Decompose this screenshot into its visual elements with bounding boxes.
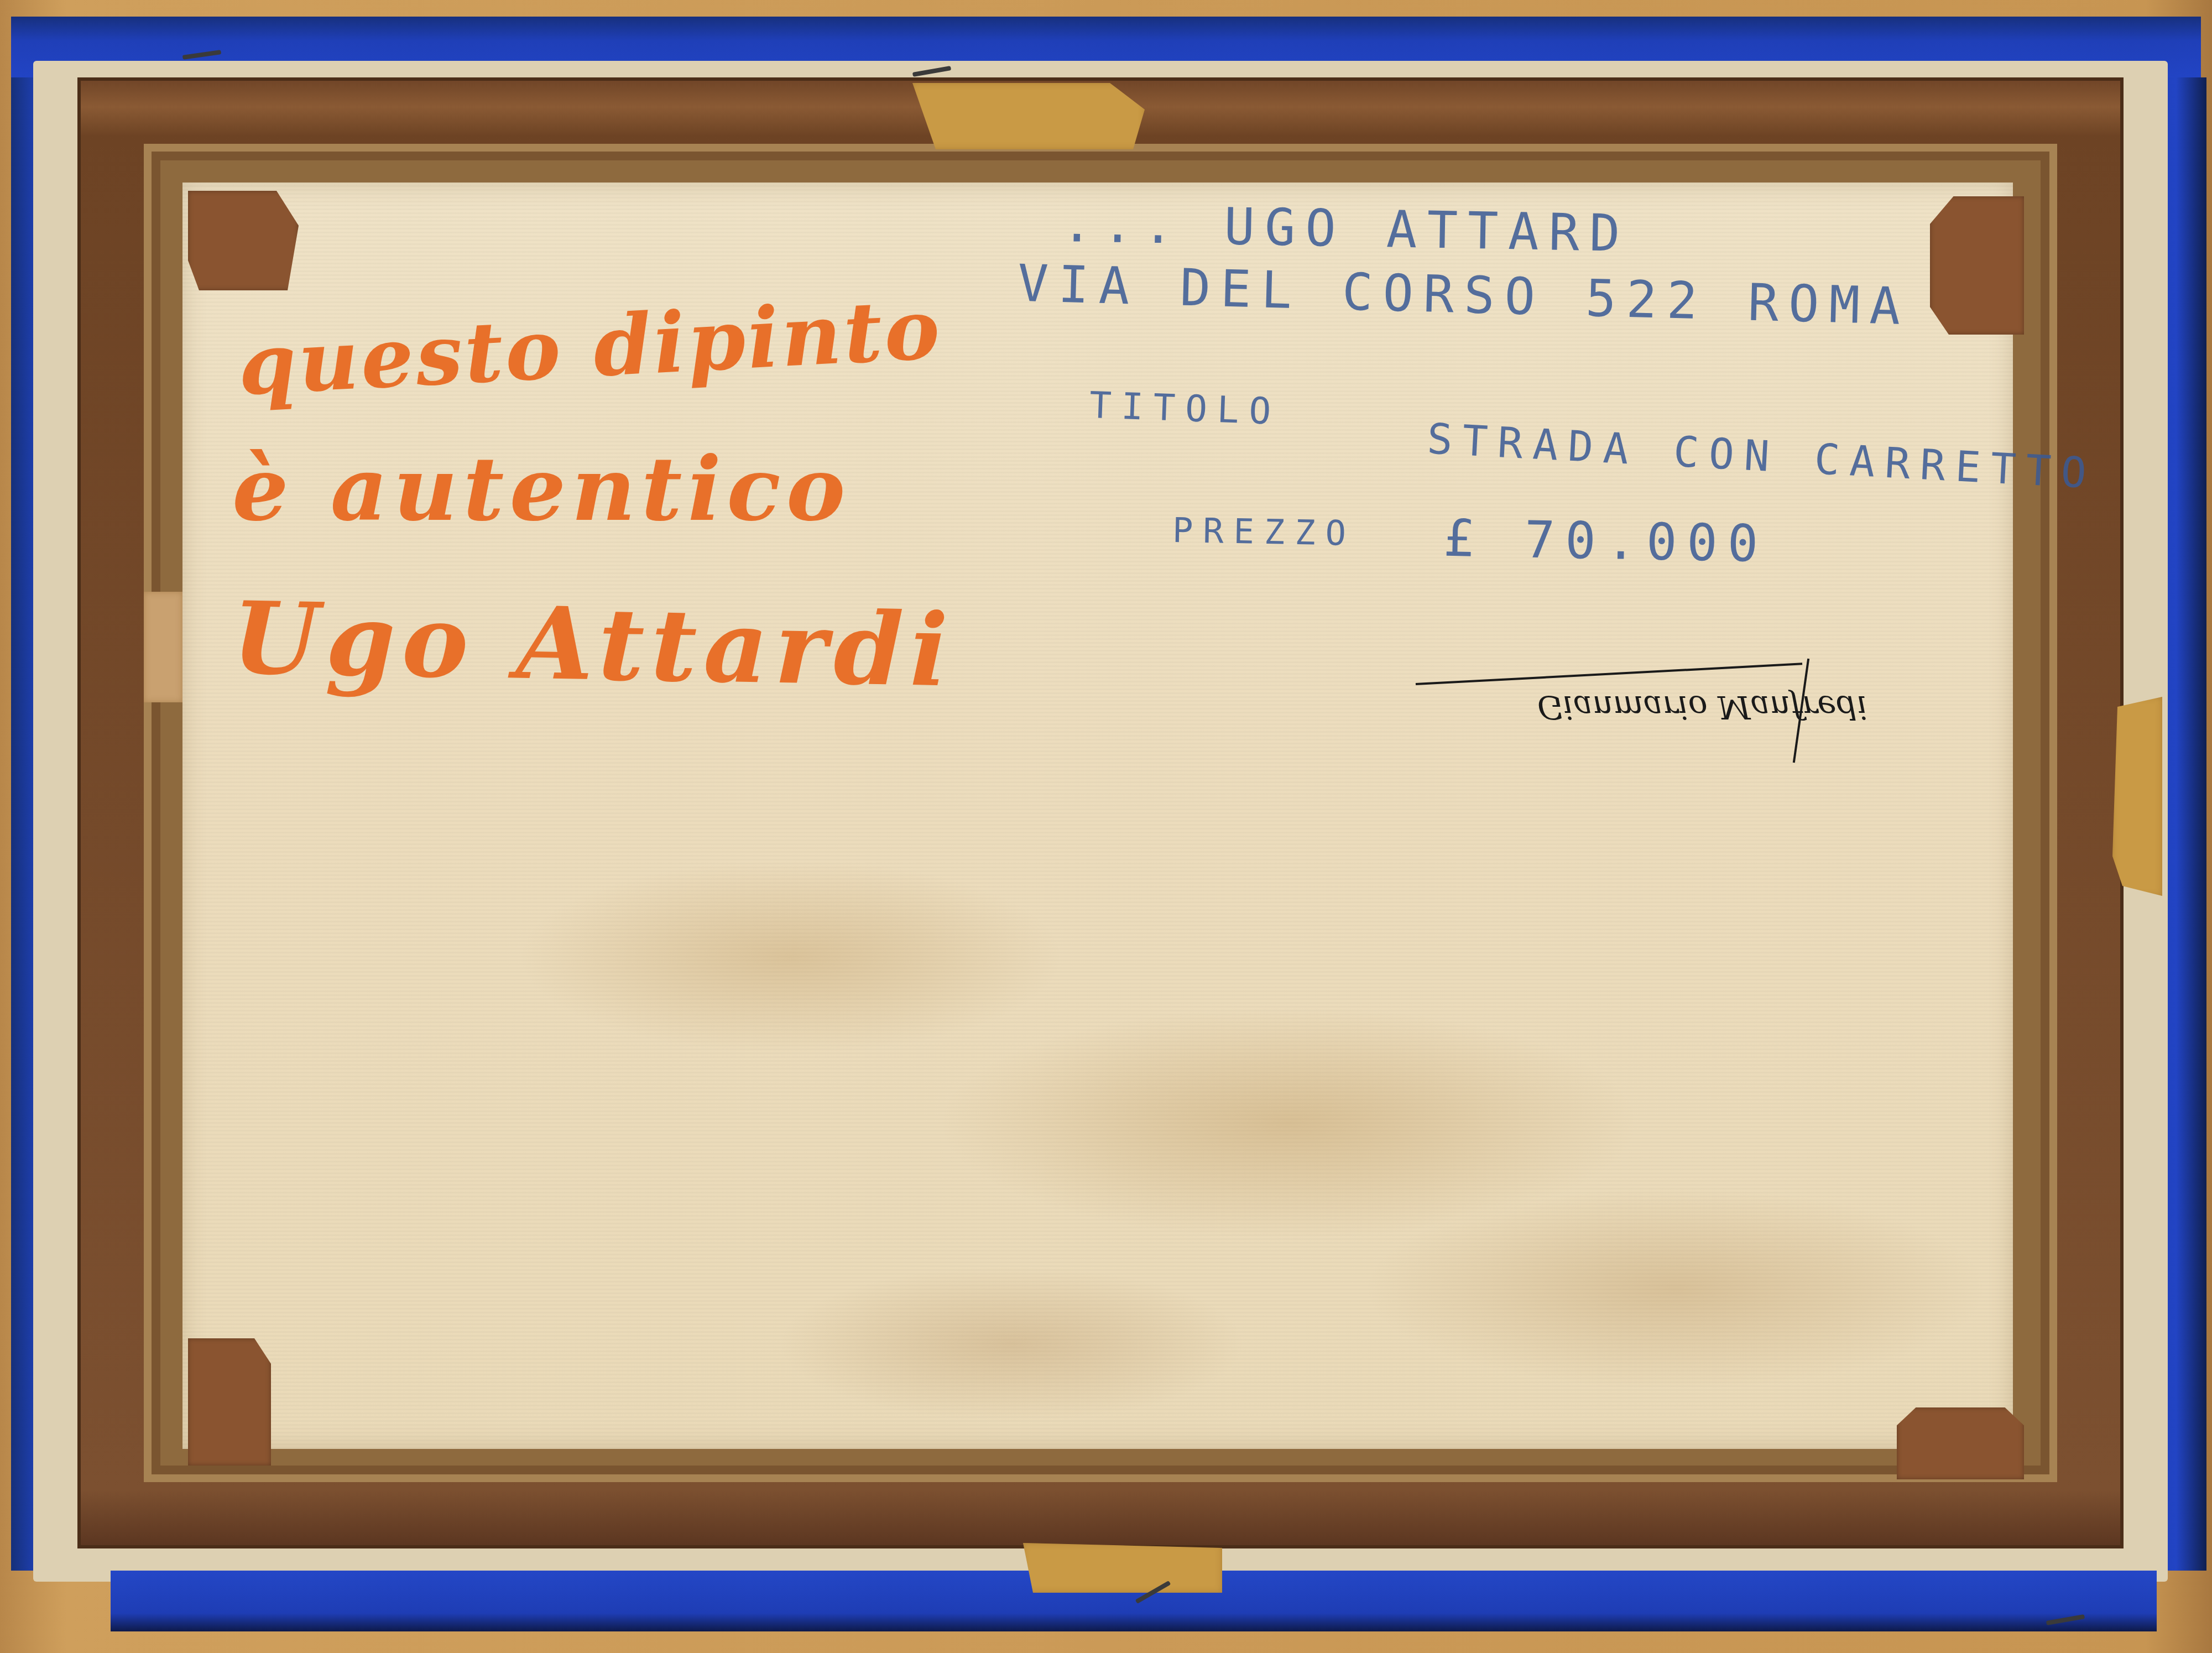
artist-signature-orange: Ugo Attardi [231,580,956,710]
tape-patch-bottom [1023,1543,1222,1593]
certification-line-2: è autentico [232,437,851,541]
corner-key-bottom-left [188,1338,271,1466]
gallery-name-inscription: ... UGO ATTARD [1061,194,1630,263]
corner-key-top-right [1930,196,2024,335]
corner-key-bottom-right [1897,1407,2024,1479]
title-label: TITOLO [1089,384,1282,433]
tape-patch-top [912,83,1145,149]
tape-patch-right [2112,697,2162,896]
ink-signature: Gianmario Manfredi [1537,689,1867,726]
tape-patch-left [144,592,182,702]
price-value: £ 70.000 [1443,509,1768,573]
price-label: PREZZO [1172,510,1356,554]
corner-key-top-left [188,191,299,290]
